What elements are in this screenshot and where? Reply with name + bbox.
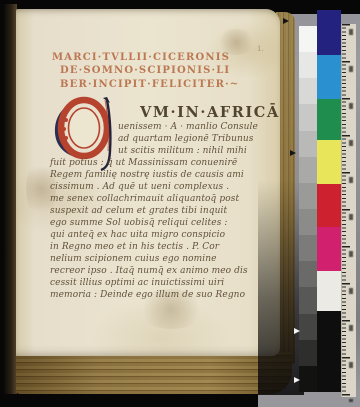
folio-mark: 1. <box>257 45 264 53</box>
body-text-full-lines: fuit potius : q̄ ut Massinissam conuenir… <box>50 157 248 301</box>
rubric-line: BER·INCIPIT·FELICITER·~ <box>60 78 239 91</box>
color-patch-white <box>317 271 341 311</box>
page-stack-bottom-edge <box>16 352 292 394</box>
parchment-page: MARCI·TVLLII·CICERONISDE·SOMNO·SCIPIONIS… <box>16 9 280 356</box>
color-patch-cyan <box>317 55 341 99</box>
gray-step <box>299 78 317 104</box>
gray-step <box>299 287 317 313</box>
color-patch-black <box>317 311 341 392</box>
manuscript-text-line: recreor ipso . Itaq̄ numq̄ ex animo meo … <box>50 265 248 277</box>
gray-step <box>299 261 317 287</box>
color-patch-green <box>317 99 341 140</box>
manuscript-text-line: nelium scipionem cuius ego nomine <box>50 253 248 265</box>
gray-step <box>299 52 317 78</box>
manuscript-text-line: memoria : Deinde ego illum de suo Regno <box>50 289 248 301</box>
rubric-line: MARCI·TVLLII·CICERONIS <box>52 51 239 64</box>
gray-step <box>299 209 317 235</box>
photograph-stage: MARCI·TVLLII·CICERONISDE·SOMNO·SCIPIONIS… <box>0 0 360 407</box>
gray-step <box>299 26 317 52</box>
gray-step <box>299 366 317 392</box>
initial-counter <box>69 108 100 148</box>
gray-step <box>299 131 317 157</box>
manuscript-text-line: cissimum . Ad quē ut ueni complexus . <box>50 181 248 193</box>
registration-arrow-white <box>294 377 300 383</box>
registration-arrow-black <box>290 150 296 156</box>
manuscript-text-line: ego summe Sol uobisq̄ reliqui celites : <box>50 217 248 229</box>
manuscript-text-line: fuit potius : q̄ ut Massinissam conuenir… <box>50 157 248 169</box>
grayscale-calibration-wedge <box>299 26 317 392</box>
manuscript-text-line: ad quartam legionē Tribunus <box>118 133 258 145</box>
rubric-line: DE·SOMNO·SCIPIONIS·LI <box>60 64 239 77</box>
color-calibration-bar <box>317 10 341 392</box>
color-patch-magenta <box>317 227 341 271</box>
gray-step <box>299 235 317 261</box>
ruler-number-smudges <box>349 29 353 402</box>
manuscript-text-line: in Regno meo et in his tectis . P. Cor <box>50 241 248 253</box>
opening-capitals-line: VM·IN·AFRICĀ <box>140 104 280 121</box>
gray-step <box>299 314 317 340</box>
registration-arrow-white <box>294 328 300 334</box>
color-patch-navy <box>317 10 341 55</box>
manuscript-text-line: ut scitis militum : nihil mihi <box>118 145 258 157</box>
manuscript-text-line: Regem familię nostrę iustis de causis am… <box>50 169 248 181</box>
backdrop-vignette <box>258 180 304 395</box>
manuscript-text-line: me senex collachrimauit aliquantoq̄ post <box>50 193 248 205</box>
gray-step <box>299 157 317 183</box>
body-text-wrapped-lines: uenissem · A · manlio Consulead quartam … <box>118 121 258 157</box>
cm-ruler <box>341 24 356 397</box>
manuscript-text-line: uenissem · A · manlio Consule <box>118 121 258 133</box>
gray-step <box>299 340 317 366</box>
gray-step <box>299 183 317 209</box>
color-patch-yellow <box>317 140 341 184</box>
color-patch-red <box>317 184 341 227</box>
manuscript-book: MARCI·TVLLII·CICERONISDE·SOMNO·SCIPIONIS… <box>4 4 294 396</box>
manuscript-text-line: qui anteq̄ ex hac uita migro conspicio <box>50 229 248 241</box>
manuscript-text-line: cessit illius optimi ac inuictissimi uir… <box>50 277 248 289</box>
rubric-incipit: MARCI·TVLLII·CICERONISDE·SOMNO·SCIPIONIS… <box>52 51 239 91</box>
manuscript-text-line: suspexit ad celum et grates tibi inquit <box>50 205 248 217</box>
registration-arrow-black <box>283 18 289 24</box>
gray-step <box>299 104 317 130</box>
